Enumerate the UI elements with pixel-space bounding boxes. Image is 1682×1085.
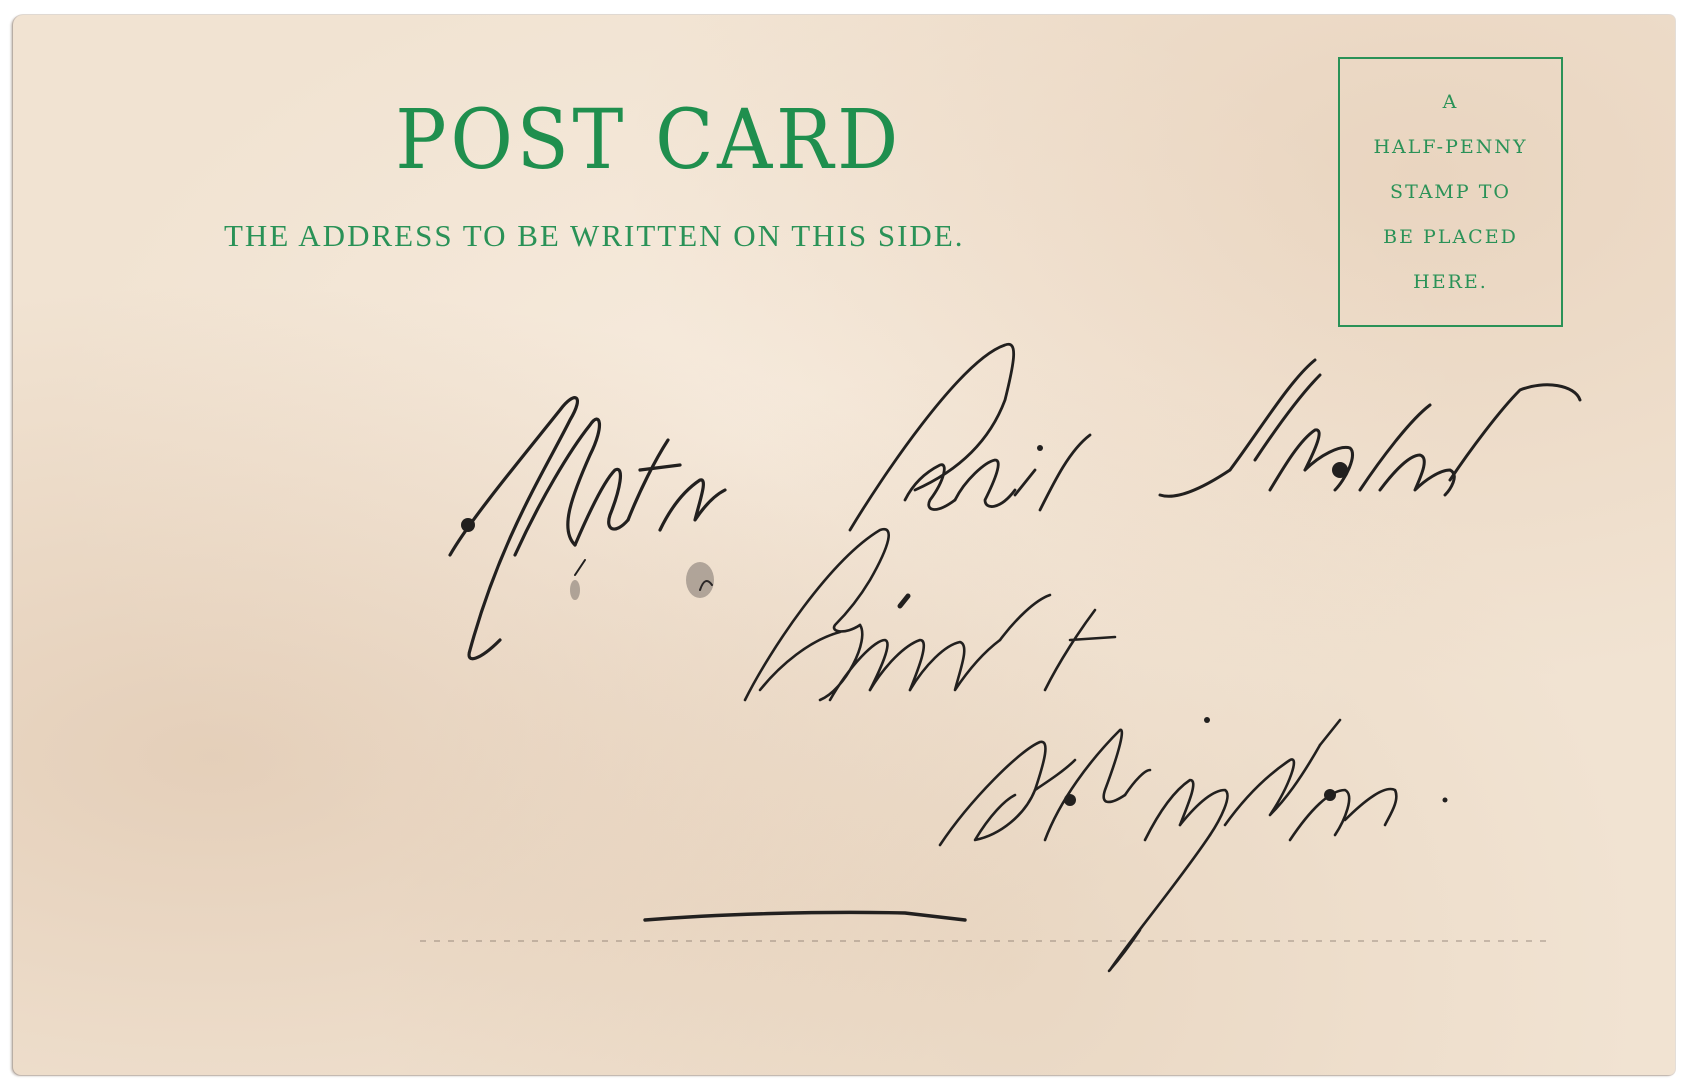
postcard-title: POST CARD	[358, 100, 939, 182]
address-line-1: Master Cecil Hanshard	[450, 430, 1157, 500]
address-line-2: Convent	[745, 610, 998, 680]
faint-printed-rule	[420, 940, 1550, 942]
stamp-line: STAMP TO	[1390, 170, 1511, 215]
stamp-line: HERE.	[1413, 260, 1488, 305]
stamp-line: A	[1443, 80, 1459, 125]
address-line-3: Abingdon.	[940, 770, 1250, 840]
stamp-line: BE PLACED	[1383, 215, 1518, 260]
address-instruction: THE ADDRESS TO BE WRITTEN ON THIS SIDE.	[224, 220, 965, 251]
stamp-placement-box: A HALF-PENNY STAMP TO BE PLACED HERE.	[1338, 57, 1563, 327]
stamp-line: HALF-PENNY	[1373, 125, 1527, 170]
